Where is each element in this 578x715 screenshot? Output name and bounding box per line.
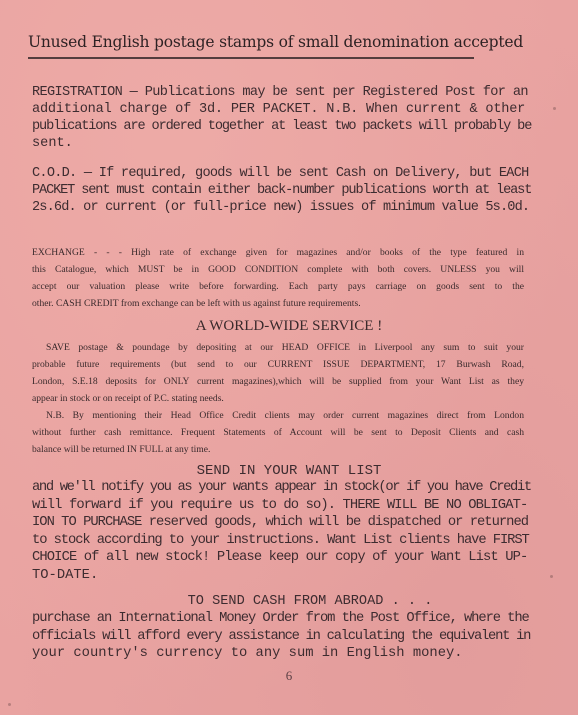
text-line: to stock according to your instructions.… xyxy=(32,532,522,550)
text-line: London, S.E.18 deposits for ONLY current… xyxy=(32,373,524,390)
text-line: this Catalogue, which MUST be in GOOD CO… xyxy=(32,261,524,278)
text-line: and we'll notify you as your wants appea… xyxy=(32,479,522,497)
text-line: sent. xyxy=(32,135,524,152)
text-line: CHOICE of all new stock! Please keep our… xyxy=(32,549,522,567)
text-line: without further cash remittance. Frequen… xyxy=(32,424,524,441)
catalogue-page: Unused English postage stamps of small d… xyxy=(0,0,578,715)
world-wide-service-heading: A WORLD-WIDE SERVICE ! xyxy=(0,318,578,335)
text-line: N.B. By mentioning their Head Office Cre… xyxy=(32,407,524,424)
text-line: officials will afford every assistance i… xyxy=(32,628,522,646)
registration-paragraph: REGISTRATION — Publications may be sent … xyxy=(32,84,524,152)
paper-speck xyxy=(8,703,11,706)
text-line: other. CASH CREDIT from exchange can be … xyxy=(32,295,524,312)
paper-speck xyxy=(550,575,553,578)
header-underline xyxy=(28,57,474,59)
text-line: ION TO PURCHASE reserved goods, which wi… xyxy=(32,514,522,532)
text-line: probable future requirements (but send t… xyxy=(32,356,524,373)
text-line: REGISTRATION — Publications may be sent … xyxy=(32,84,524,101)
page-header: Unused English postage stamps of small d… xyxy=(28,33,474,51)
text-line: SAVE postage & poundage by depositing at… xyxy=(32,339,524,356)
text-line: purchase an International Money Order fr… xyxy=(32,610,522,628)
text-line: 2s.6d. or current (or full-price new) is… xyxy=(32,199,524,216)
text-line: balance will be returned IN FULL at any … xyxy=(32,441,524,458)
world-wide-service-paragraph: SAVE postage & poundage by depositing at… xyxy=(32,339,524,458)
text-line: appear in stock or on receipt of P.C. st… xyxy=(32,390,524,407)
text-line: EXCHANGE - - - High rate of exchange giv… xyxy=(32,244,524,261)
cod-paragraph: C.O.D. — If required, goods will be sent… xyxy=(32,165,524,216)
text-line: C.O.D. — If required, goods will be sent… xyxy=(32,165,524,182)
cash-abroad-heading: TO SEND CASH FROM ABROAD . . . xyxy=(0,594,578,609)
want-list-heading: SEND IN YOUR WANT LIST xyxy=(0,463,578,479)
text-line: will forward if you require us to do so)… xyxy=(32,497,522,515)
cash-abroad-paragraph: purchase an International Money Order fr… xyxy=(32,610,522,663)
text-line: your country's currency to any sum in En… xyxy=(32,645,522,663)
want-list-paragraph: and we'll notify you as your wants appea… xyxy=(32,479,522,585)
page-number: 6 xyxy=(0,668,578,684)
text-line: TO-DATE. xyxy=(32,567,522,585)
text-line: publications are ordered together at lea… xyxy=(32,118,524,135)
text-line: PACKET sent must contain either back-num… xyxy=(32,182,524,199)
paper-speck xyxy=(553,107,556,110)
text-line: accept our valuation please write before… xyxy=(32,278,524,295)
text-line: additional charge of 3d. PER PACKET. N.B… xyxy=(32,101,524,118)
exchange-paragraph: EXCHANGE - - - High rate of exchange giv… xyxy=(32,244,524,312)
